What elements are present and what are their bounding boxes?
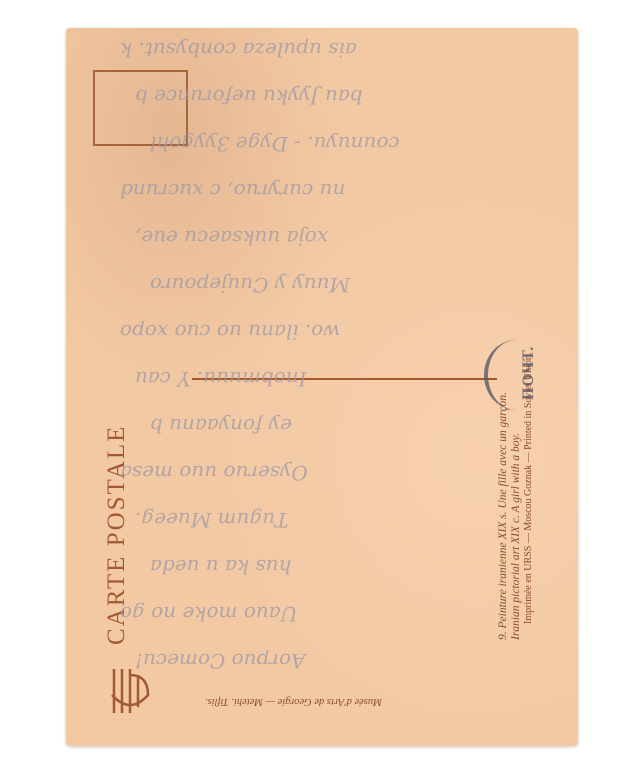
postmark-text: ПОЧТ. (520, 346, 538, 400)
handwriting-line: xoja uuksaecu eue, (135, 226, 328, 250)
caption-english: Iranian pictorial art XIX c. A girl with… (510, 433, 522, 640)
postmark-stamp (484, 340, 548, 410)
handwriting-line: hus ka u ueda (150, 555, 291, 579)
handwriting-line: wo. ilanu uo cuo xopo (120, 320, 340, 344)
handwriting-line: Uauo moke no go (120, 602, 298, 626)
handwriting-line: Tugum Mueeg. (135, 508, 288, 532)
handwriting-line: nu curyruo, c xucrund (120, 179, 345, 203)
caption-french: 9. Peinture iranienne XIX s. Une fille a… (497, 392, 509, 640)
handwriting-line: bau Jyyku ueforunce b (135, 85, 363, 109)
handwriting-line: Inobmuuu. Y cau (135, 367, 307, 391)
handwriting-line: counuyu. - Dyge 3yygohl (150, 132, 400, 156)
handwriting-line: ais upuleza conbysut. k (120, 38, 357, 62)
handwriting-line: Oyseruo uuo mesa (120, 461, 308, 485)
handwriting-line: ey fonyaanu b (150, 414, 292, 438)
handwriting-line: Aorpuo Comecu! (135, 649, 305, 673)
handwriting-line: Muuy y Cuujepouro (150, 273, 350, 297)
museum-credit: Musée d'Arts de Georgie — Metehi. Tiflis… (205, 696, 382, 707)
